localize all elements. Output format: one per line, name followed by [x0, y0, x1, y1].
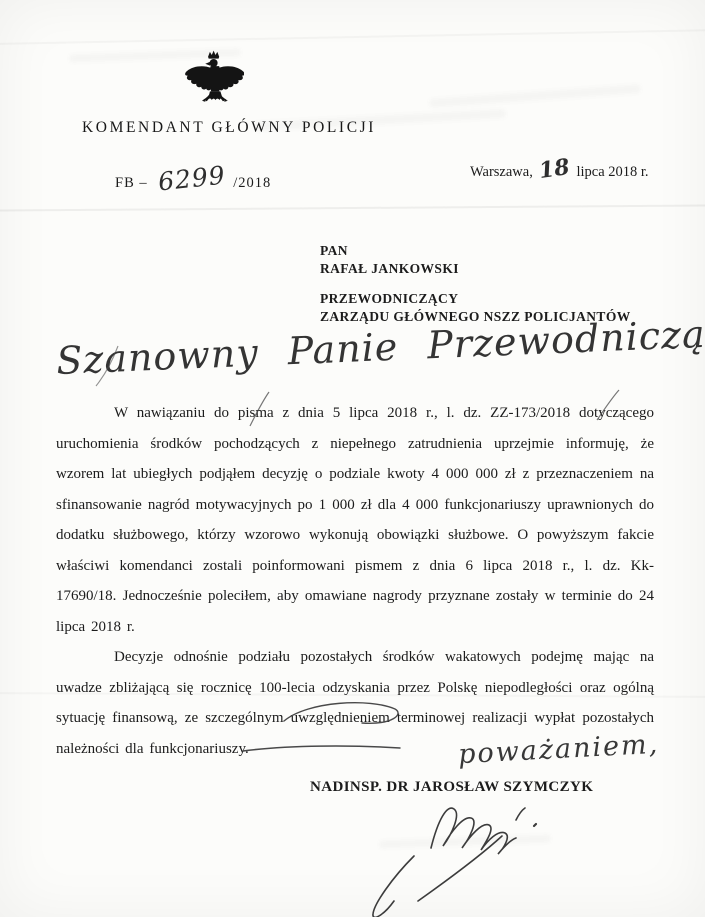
reference-number-handwritten: 6299 [156, 161, 226, 197]
scanned-letter: KOMENDANT GŁÓWNY POLICJI FB – 6299 /2018… [0, 0, 705, 917]
addressee-title: PRZEWODNICZĄCY [320, 290, 631, 308]
dateline-day-handwritten: 18 [537, 154, 571, 184]
paper-crease [0, 204, 705, 211]
polish-eagle-emblem-icon [182, 50, 244, 118]
reference-suffix: /2018 [233, 175, 271, 192]
dateline-city: Warszawa, [470, 164, 533, 181]
dateline: Warszawa, 18 lipca 2018 r. [470, 156, 649, 182]
dateline-rest: lipca 2018 r. [576, 164, 648, 181]
paper-crease [0, 29, 705, 45]
handwritten-signature-icon [330, 796, 570, 917]
signer-name: NADINSP. DR JAROSŁAW SZYMCZYK [310, 779, 593, 796]
reference-number-line: FB – 6299 /2018 [115, 164, 271, 193]
pen-flourish-icon [238, 696, 410, 756]
addressee-salutation: PAN [320, 242, 631, 260]
addressee-block: PAN RAFAŁ JANKOWSKI PRZEWODNICZĄCY ZARZĄ… [320, 242, 631, 326]
body-paragraph-1: W nawiązaniu do pisma z dnia 5 lipca 201… [56, 398, 654, 642]
addressee-name: RAFAŁ JANKOWSKI [320, 260, 631, 278]
scan-bleedthrough [430, 85, 640, 108]
letterhead-office-title: KOMENDANT GŁÓWNY POLICJI [82, 119, 376, 137]
reference-prefix: FB – [115, 175, 148, 192]
